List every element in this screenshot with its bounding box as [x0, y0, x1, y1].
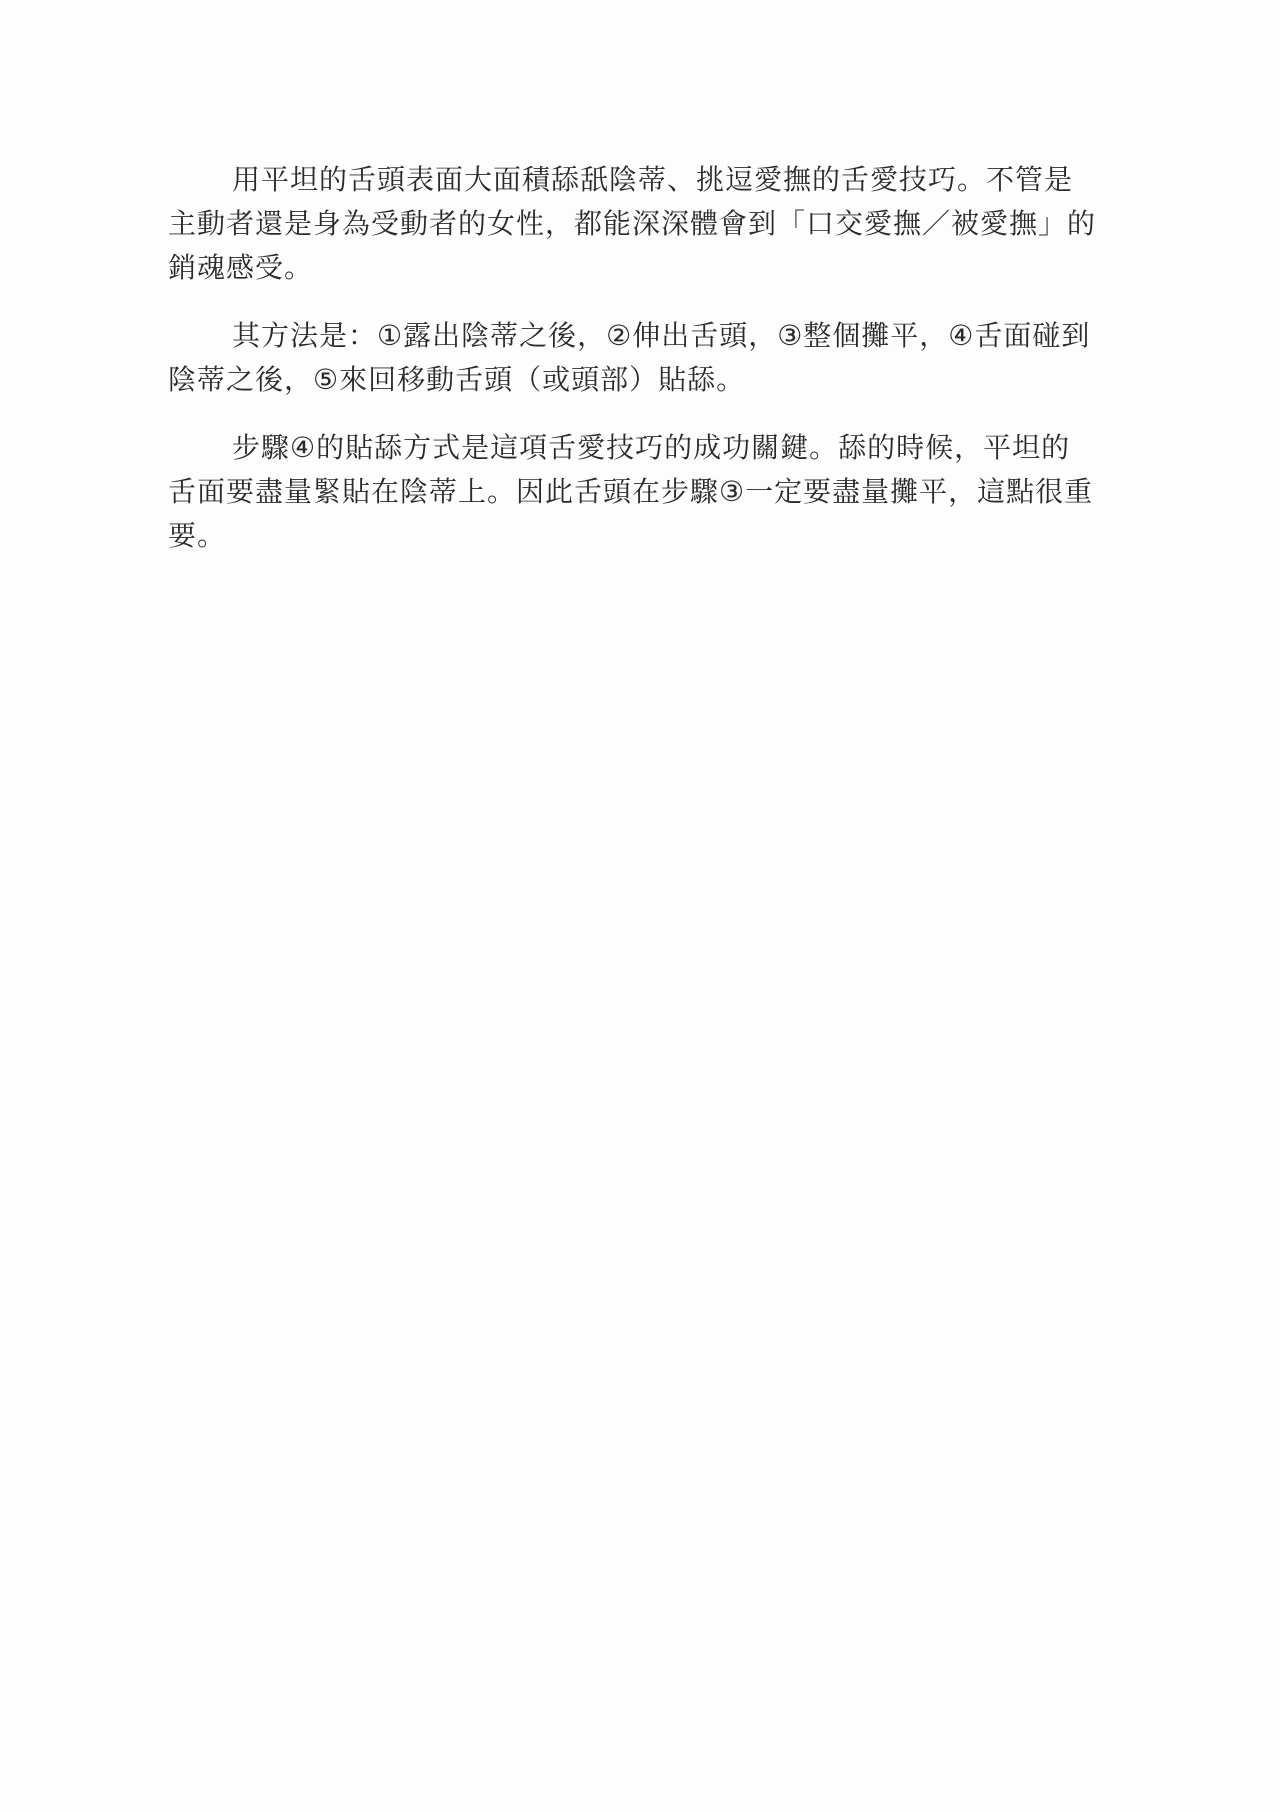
document-body: 用平坦的舌頭表面大面積舔舐陰蒂、挑逗愛撫的舌愛技巧。不管是主動者還是身為受動者的…: [168, 158, 1098, 582]
paragraph-2: 其方法是：①露出陰蒂之後，②伸出舌頭，③整個攤平，④舌面碰到陰蒂之後，⑤來回移動…: [168, 314, 1098, 402]
paragraph-1: 用平坦的舌頭表面大面積舔舐陰蒂、挑逗愛撫的舌愛技巧。不管是主動者還是身為受動者的…: [168, 158, 1098, 290]
paragraph-3: 步驟④的貼舔方式是這項舌愛技巧的成功關鍵。舔的時候，平坦的舌面要盡量緊貼在陰蒂上…: [168, 426, 1098, 558]
document-page: 用平坦的舌頭表面大面積舔舐陰蒂、挑逗愛撫的舌愛技巧。不管是主動者還是身為受動者的…: [0, 0, 1280, 1812]
